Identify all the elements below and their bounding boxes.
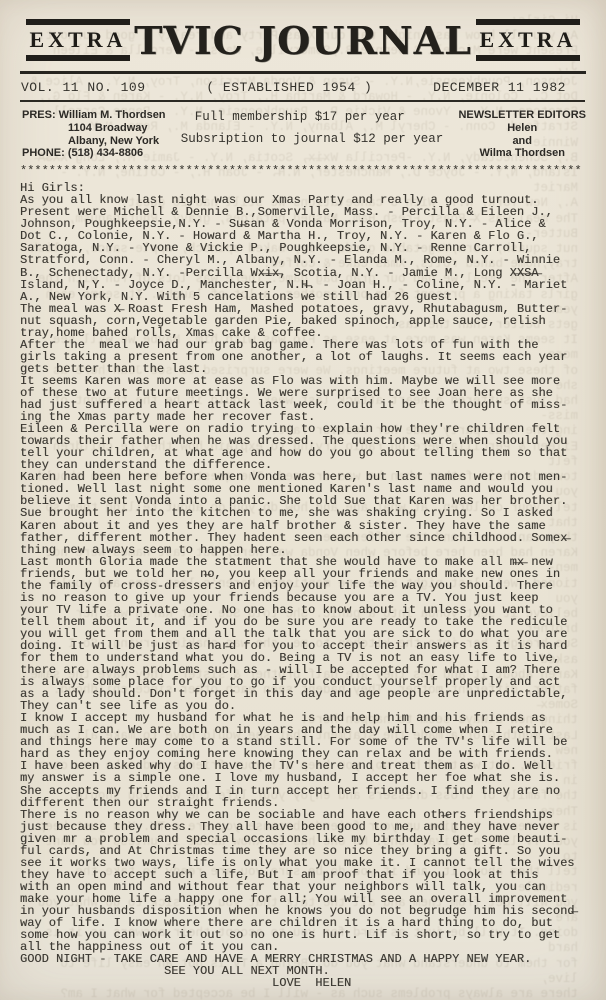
editor-helen: Helen	[458, 122, 586, 135]
masthead-info: PRES: William M. Thordsen 1104 Broadway …	[0, 102, 606, 160]
president-street: 1104 Broadway	[22, 122, 166, 135]
separator-stars: ****************************************…	[0, 160, 606, 177]
membership-block: Full membership $17 per year Subsription…	[181, 109, 444, 146]
membership-price: Full membership $17 per year	[181, 110, 444, 124]
president-name: PRES: William M. Thordsen	[22, 109, 166, 122]
subscription-price: Subsription to journal $12 per year	[181, 132, 444, 146]
editor-wilma: Wilma Thordsen	[458, 147, 586, 160]
extra-right-label: EXTRA	[476, 28, 580, 52]
newsletter-content: EXTRA TVIC JOURNAL EXTRA VOL. 11 NO. 109…	[0, 0, 606, 989]
president-block: PRES: William M. Thordsen 1104 Broadway …	[22, 109, 166, 160]
extra-right-block: EXTRA	[476, 16, 580, 64]
letter-body: Hi Girls: As you all know last night was…	[0, 182, 606, 989]
masthead-header: EXTRA TVIC JOURNAL EXTRA	[0, 0, 606, 64]
editors-and: and	[458, 135, 586, 148]
extra-right-bar-top	[476, 19, 580, 25]
established-label: ( ESTABLISHED 1954 )	[206, 80, 372, 95]
extra-right-bar-bottom	[476, 55, 580, 61]
issue-date: DECEMBER 11 1982	[433, 80, 566, 95]
journal-title: TVIC JOURNAL	[130, 18, 476, 63]
editors-heading: NEWSLETTER EDITORS	[458, 109, 586, 122]
volume-number: VOL. 11 NO. 109	[21, 80, 146, 95]
volume-line: VOL. 11 NO. 109 ( ESTABLISHED 1954 ) DEC…	[0, 74, 606, 98]
extra-left-bar-bottom	[26, 55, 130, 61]
editors-block: NEWSLETTER EDITORS Helen and Wilma Thord…	[458, 109, 586, 160]
extra-left-block: EXTRA	[26, 16, 130, 64]
extra-left-label: EXTRA	[26, 28, 130, 52]
extra-left-bar-top	[26, 19, 130, 25]
newsletter-page: Hi Girls: As you all know last night was…	[0, 0, 606, 1000]
president-phone: PHONE: (518) 434-8806	[22, 147, 166, 160]
president-city: Albany, New York	[22, 135, 166, 148]
